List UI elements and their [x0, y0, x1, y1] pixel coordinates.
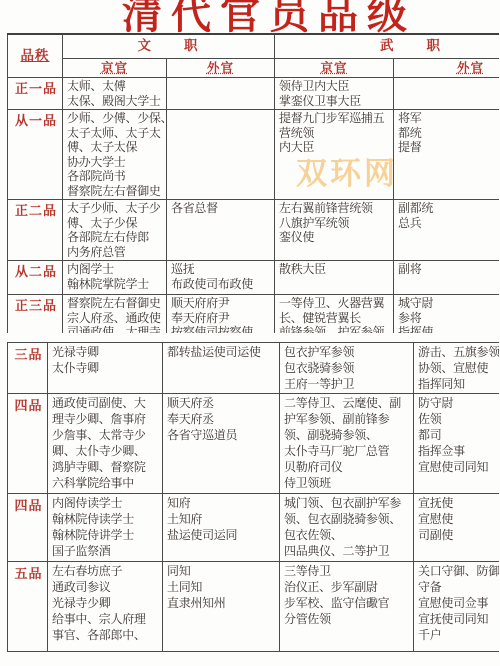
page-title: 清代官员品级: [122, 0, 416, 40]
cell-military-capital: 包衣护军参领 包衣骁骑参领 王府一等护卫: [280, 343, 414, 394]
header-civil-capital: 京官: [63, 58, 167, 78]
cell-military-provincial: 城守尉 参将 指挥使: [394, 295, 500, 334]
cell-civil-capital: 太子少师、太子少 傅、太子少保 各部院左右侍郎 内务府总管: [63, 200, 167, 261]
cell-civil-capital: 光禄寺卿 太仆寺卿: [48, 343, 163, 394]
row-cong-yi-pin: 从一品 少师、少傅、少保、 太子太师、太子太 傅、太子太保 协办大学士 各部院尚…: [8, 110, 500, 200]
header-military-provincial: 外官: [394, 58, 500, 78]
cell-civil-capital: 督察院左右督御史 宗人府丞、通政使 司通政使、大理寺: [63, 295, 167, 334]
rank-table-lower-grid: 三品 光禄寺卿 太仆寺卿 都转盐运使司运使 包衣护军参领 包衣骁骑参领 王府一等…: [7, 342, 499, 652]
header-military-capital: 京官: [275, 58, 394, 78]
cell-civil-provincial: 同知 土同知 直隶州知州: [163, 562, 280, 652]
cell-civil-capital: 太师、太傅 太保、殿阁大学士: [63, 78, 167, 110]
rank-label: 正三品: [8, 295, 63, 334]
row-si-pin-2: 四品 内阁侍读学士 翰林院侍读学士 翰林院侍讲学士 国子监祭酒 知府 土知府 盐…: [8, 494, 500, 562]
row-zheng-san-pin: 正三品 督察院左右督御史 宗人府丞、通政使 司通政使、大理寺 顺天府府尹 奉天府…: [8, 295, 500, 334]
rank-table-lower: 三品 光禄寺卿 太仆寺卿 都转盐运使司运使 包衣护军参领 包衣骁骑参领 王府一等…: [7, 342, 499, 655]
cell-military-provincial: 副都统 总兵: [394, 200, 500, 261]
cell-civil-capital: 内阁学士 翰林院掌院学士: [63, 261, 167, 295]
rank-table-upper: 品秩 文 职 武 职 京官 外官 京官 外官 正一品 太师、太傅 太保、殿阁大学…: [7, 33, 499, 333]
row-zheng-yi-pin: 正一品 太师、太傅 太保、殿阁大学士 领侍卫内大臣 掌銮仪卫事大臣: [8, 78, 500, 110]
cell-military-capital: 二等侍卫、云麾使、副 护军参领、副前锋参 领、副骁骑参领、 太仆寺马厂驼厂总管 …: [280, 394, 414, 494]
cell-civil-provincial: 顺天府丞 奉天府丞 各省守巡道员: [163, 394, 280, 494]
rank-label: 三品: [8, 343, 48, 394]
rank-label: 四品: [8, 494, 48, 562]
cell-military-provincial: [394, 78, 500, 110]
cell-military-capital: 城门领、包衣副护军参 领、包衣副骁骑参领、 包衣佐领、 四品典仪、二等护卫: [280, 494, 414, 562]
cell-military-provincial: 关口守御、防御 守备 宣慰使司佥事 宣抚使司同知 千户: [414, 562, 500, 652]
rank-label: 四品: [8, 394, 48, 494]
cell-civil-provincial: 顺天府府尹 奉天府府尹 按察使司按察使: [167, 295, 275, 334]
cell-civil-provincial: 知府 土知府 盐运使司运同: [163, 494, 280, 562]
row-si-pin: 四品 通政使司副使、大 理寺少卿、詹事府 少詹事、太常寺少 卿、太仆寺少卿、 鸿…: [8, 394, 500, 494]
cell-civil-provincial: 各省总督: [167, 200, 275, 261]
header-civil-provincial: 外官: [167, 58, 275, 78]
cell-military-capital: 提督九门步军巡捕五 营统领 内大臣: [275, 110, 394, 200]
cell-civil-capital: 少师、少傅、少保、 太子太师、太子太 傅、太子太保 协办大学士 各部院尚书 督察…: [63, 110, 167, 200]
cell-military-provincial: 副将: [394, 261, 500, 295]
cell-military-capital: 一等侍卫、火器营翼 长、健锐营翼长 前锋参领、护军参领、: [275, 295, 394, 334]
cell-civil-capital: 左右春坊庶子 通政司参议 光禄寺少卿 给事中、宗人府理 事官、各部郎中、: [48, 562, 163, 652]
rank-label: 从一品: [8, 110, 63, 200]
cell-civil-provincial: [167, 78, 275, 110]
cell-civil-capital: 通政使司副使、大 理寺少卿、詹事府 少詹事、太常寺少 卿、太仆寺少卿、 鸿胪寺卿…: [48, 394, 163, 494]
rank-label: 从二品: [8, 261, 63, 295]
rank-label: 正一品: [8, 78, 63, 110]
cell-military-capital: 左右翼前锋营统领 八旗护军统领 銮仪使: [275, 200, 394, 261]
row-wu-pin: 五品 左右春坊庶子 通政司参议 光禄寺少卿 给事中、宗人府理 事官、各部郎中、 …: [8, 562, 500, 652]
rank-label: 五品: [8, 562, 48, 652]
cell-military-provincial: 将军 都统 提督: [394, 110, 500, 200]
cell-civil-provincial: 巡抚 布政使司布政使: [167, 261, 275, 295]
header-row-2: 京官 外官 京官 外官: [8, 58, 500, 78]
cell-military-provincial: 防守尉 佐领 都司 指挥佥事 宣慰使司同知: [414, 394, 500, 494]
cell-military-provincial: 宣抚使 宣慰使 司副使: [414, 494, 500, 562]
cell-civil-provincial: [167, 110, 275, 200]
cell-military-capital: 领侍卫内大臣 掌銮仪卫事大臣: [275, 78, 394, 110]
row-zheng-er-pin: 正二品 太子少师、太子少 傅、太子少保 各部院左右侍郎 内务府总管 各省总督 左…: [8, 200, 500, 261]
cell-military-capital: 散秩大臣: [275, 261, 394, 295]
scanned-rank-chart: 清代官员品级 双环网 品秩 文 职 武 职 京官 外官 京官 外官 正一品 太师…: [0, 0, 500, 666]
cell-civil-provincial: 都转盐运使司运使: [163, 343, 280, 394]
rank-table-upper-grid: 品秩 文 职 武 职 京官 外官 京官 外官 正一品 太师、太傅 太保、殿阁大学…: [7, 33, 499, 333]
cell-military-capital: 三等侍卫 治仪正、步军副尉 步军校、监守信礮官 分管佐领: [280, 562, 414, 652]
rank-label: 正二品: [8, 200, 63, 261]
header-rank: 品秩: [8, 34, 63, 78]
row-cong-er-pin: 从二品 内阁学士 翰林院掌院学士 巡抚 布政使司布政使 散秩大臣 副将: [8, 261, 500, 295]
cell-military-provincial: 游击、五旗参领、 协领、宣慰使 指挥同知: [414, 343, 500, 394]
cell-civil-capital: 内阁侍读学士 翰林院侍读学士 翰林院侍讲学士 国子监祭酒: [48, 494, 163, 562]
row-san-pin: 三品 光禄寺卿 太仆寺卿 都转盐运使司运使 包衣护军参领 包衣骁骑参领 王府一等…: [8, 343, 500, 394]
